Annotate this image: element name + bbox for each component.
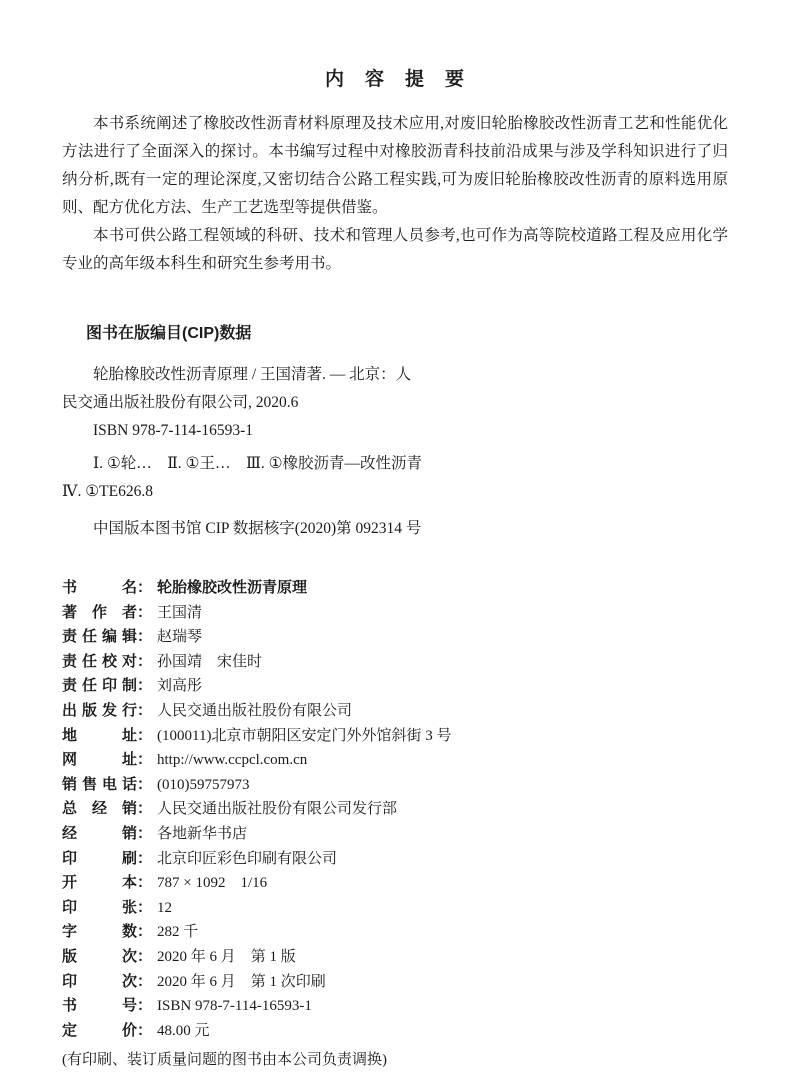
colophon-colon: ： bbox=[137, 727, 152, 744]
colophon-row-book-title: 书名：轮胎橡胶改性沥青原理 bbox=[62, 576, 728, 601]
colophon-row-edition: 版次：2020 年 6 月 第 1 版 bbox=[62, 945, 728, 970]
colophon-label: 书名 bbox=[62, 576, 137, 601]
colophon-colon: ： bbox=[137, 825, 152, 842]
colophon-label: 书号 bbox=[62, 994, 137, 1019]
colophon-colon: ： bbox=[137, 923, 152, 940]
colophon-colon: ： bbox=[137, 702, 152, 719]
colophon-row-address: 地址：(100011)北京市朝阳区安定门外外馆斜街 3 号 bbox=[62, 724, 728, 749]
colophon-value: 48.00 元 bbox=[157, 1023, 210, 1039]
colophon-label: 著作者 bbox=[62, 601, 137, 626]
colophon-row-isbn: 书号：ISBN 978-7-114-16593-1 bbox=[62, 994, 728, 1019]
colophon-row-publisher: 出版发行：人民交通出版社股份有限公司 bbox=[62, 699, 728, 724]
colophon-row-distributor: 经销：各地新华书店 bbox=[62, 822, 728, 847]
colophon-row-sheets: 印张：12 bbox=[62, 896, 728, 921]
cip-body: 轮胎橡胶改性沥青原理 / 王国清著. — 北京：人 民交通出版社股份有限公司, … bbox=[62, 361, 728, 543]
colophon-label: 地址 bbox=[62, 724, 137, 749]
colophon-label: 销售电话 bbox=[62, 773, 137, 798]
colophon-label: 印张 bbox=[62, 896, 137, 921]
colophon-label: 网址 bbox=[62, 748, 137, 773]
colophon-value: 赵瑞琴 bbox=[157, 629, 202, 645]
colophon-row-general-distributor: 总经销：人民交通出版社股份有限公司发行部 bbox=[62, 797, 728, 822]
colophon-value: 孙国靖 宋佳时 bbox=[157, 654, 262, 670]
page-content: 内 容 提 要 本书系统阐述了橡胶改性沥青材料原理及技术应用,对废旧轮胎橡胶改性… bbox=[62, 0, 728, 1072]
colophon-colon: ： bbox=[137, 677, 152, 694]
colophon-row-price: 定价：48.00 元 bbox=[62, 1019, 728, 1044]
colophon-colon: ： bbox=[137, 604, 152, 621]
colophon-label: 出版发行 bbox=[62, 699, 137, 724]
quality-exchange-note: (有印刷、装订质量问题的图书由本公司负责调换) bbox=[62, 1048, 728, 1072]
summary-paragraph-1: 本书系统阐述了橡胶改性沥青材料原理及技术应用,对废旧轮胎橡胶改性沥青工艺和性能优… bbox=[62, 110, 728, 222]
colophon-colon: ： bbox=[137, 874, 152, 891]
colophon-row-print-supervisor: 责任印制：刘高彤 bbox=[62, 674, 728, 699]
cip-record-line: 中国版本图书馆 CIP 数据核字(2020)第 092314 号 bbox=[93, 515, 728, 543]
colophon-list: 书名：轮胎橡胶改性沥青原理 著作者：王国清 责任编辑：赵瑞琴 责任校对：孙国靖 … bbox=[62, 576, 728, 1043]
colophon-value: 人民交通出版社股份有限公司发行部 bbox=[157, 801, 397, 817]
colophon-label: 经销 bbox=[62, 822, 137, 847]
page-title: 内 容 提 要 bbox=[62, 0, 728, 91]
colophon-row-proofreader: 责任校对：孙国靖 宋佳时 bbox=[62, 650, 728, 675]
colophon-value: 282 千 bbox=[157, 924, 198, 940]
colophon-label: 印刷 bbox=[62, 847, 137, 872]
cip-isbn-line: ISBN 978-7-114-16593-1 bbox=[93, 417, 728, 445]
colophon-row-word-count: 字数：282 千 bbox=[62, 920, 728, 945]
colophon-row-website: 网址：http://www.ccpcl.com.cn bbox=[62, 748, 728, 773]
colophon-colon: ： bbox=[137, 899, 152, 916]
colophon-label: 定价 bbox=[62, 1019, 137, 1044]
colophon-value: 2020 年 6 月 第 1 次印刷 bbox=[157, 974, 326, 990]
colophon-value: 各地新华书店 bbox=[157, 826, 247, 842]
colophon-label: 印次 bbox=[62, 970, 137, 995]
colophon-label: 责任印制 bbox=[62, 674, 137, 699]
colophon-label: 字数 bbox=[62, 920, 137, 945]
colophon-colon: ： bbox=[137, 850, 152, 867]
colophon-row-editor: 责任编辑：赵瑞琴 bbox=[62, 625, 728, 650]
colophon-row-format: 开本：787 × 1092 1/16 bbox=[62, 871, 728, 896]
colophon-label: 总经销 bbox=[62, 797, 137, 822]
cip-publisher-line: 民交通出版社股份有限公司, 2020.6 bbox=[62, 389, 728, 417]
colophon-colon: ： bbox=[137, 653, 152, 670]
colophon-value: (100011)北京市朝阳区安定门外外馆斜街 3 号 bbox=[157, 728, 451, 744]
colophon-colon: ： bbox=[137, 1022, 152, 1039]
colophon-colon: ： bbox=[137, 628, 152, 645]
cip-heading: 图书在版编目(CIP)数据 bbox=[86, 320, 728, 348]
colophon-colon: ： bbox=[137, 948, 152, 965]
colophon-colon: ： bbox=[137, 997, 152, 1014]
colophon-row-author: 著作者：王国清 bbox=[62, 601, 728, 626]
colophon-value: 12 bbox=[157, 900, 172, 916]
colophon-value: 北京印匠彩色印刷有限公司 bbox=[157, 851, 337, 867]
colophon-row-sales-phone: 销售电话：(010)59757973 bbox=[62, 773, 728, 798]
colophon-value: 王国清 bbox=[157, 605, 202, 621]
summary-paragraph-2: 本书可供公路工程领域的科研、技术和管理人员参考,也可作为高等院校道路工程及应用化… bbox=[62, 222, 728, 278]
cip-classification-line: Ⅰ. ①轮… Ⅱ. ①王… Ⅲ. ①橡胶沥青—改性沥青 bbox=[93, 450, 728, 478]
cip-title-line: 轮胎橡胶改性沥青原理 / 王国清著. — 北京：人 bbox=[93, 361, 728, 389]
colophon-colon: ： bbox=[137, 776, 152, 793]
colophon-value: 人民交通出版社股份有限公司 bbox=[157, 703, 352, 719]
colophon-label: 责任编辑 bbox=[62, 625, 137, 650]
cip-class-number-line: Ⅳ. ①TE626.8 bbox=[62, 478, 728, 506]
colophon-label: 责任校对 bbox=[62, 650, 137, 675]
colophon-row-impression: 印次：2020 年 6 月 第 1 次印刷 bbox=[62, 970, 728, 995]
content-summary: 本书系统阐述了橡胶改性沥青材料原理及技术应用,对废旧轮胎橡胶改性沥青工艺和性能优… bbox=[62, 110, 728, 278]
copyright-page: 内 容 提 要 本书系统阐述了橡胶改性沥青材料原理及技术应用,对废旧轮胎橡胶改性… bbox=[0, 0, 790, 1091]
colophon-value: ISBN 978-7-114-16593-1 bbox=[157, 998, 312, 1014]
colophon-row-printer: 印刷：北京印匠彩色印刷有限公司 bbox=[62, 847, 728, 872]
colophon-value: 刘高彤 bbox=[157, 678, 202, 694]
colophon-value: 787 × 1092 1/16 bbox=[157, 875, 267, 891]
colophon-value: 2020 年 6 月 第 1 版 bbox=[157, 949, 296, 965]
colophon-value: 轮胎橡胶改性沥青原理 bbox=[157, 579, 307, 596]
colophon-colon: ： bbox=[137, 751, 152, 768]
colophon-colon: ： bbox=[137, 579, 152, 596]
colophon-value: (010)59757973 bbox=[157, 777, 250, 793]
colophon-label: 版次 bbox=[62, 945, 137, 970]
colophon-colon: ： bbox=[137, 800, 152, 817]
colophon-value: http://www.ccpcl.com.cn bbox=[157, 752, 307, 768]
colophon-label: 开本 bbox=[62, 871, 137, 896]
colophon-colon: ： bbox=[137, 973, 152, 990]
cip-block: 图书在版编目(CIP)数据 轮胎橡胶改性沥青原理 / 王国清著. — 北京：人 … bbox=[62, 320, 728, 543]
